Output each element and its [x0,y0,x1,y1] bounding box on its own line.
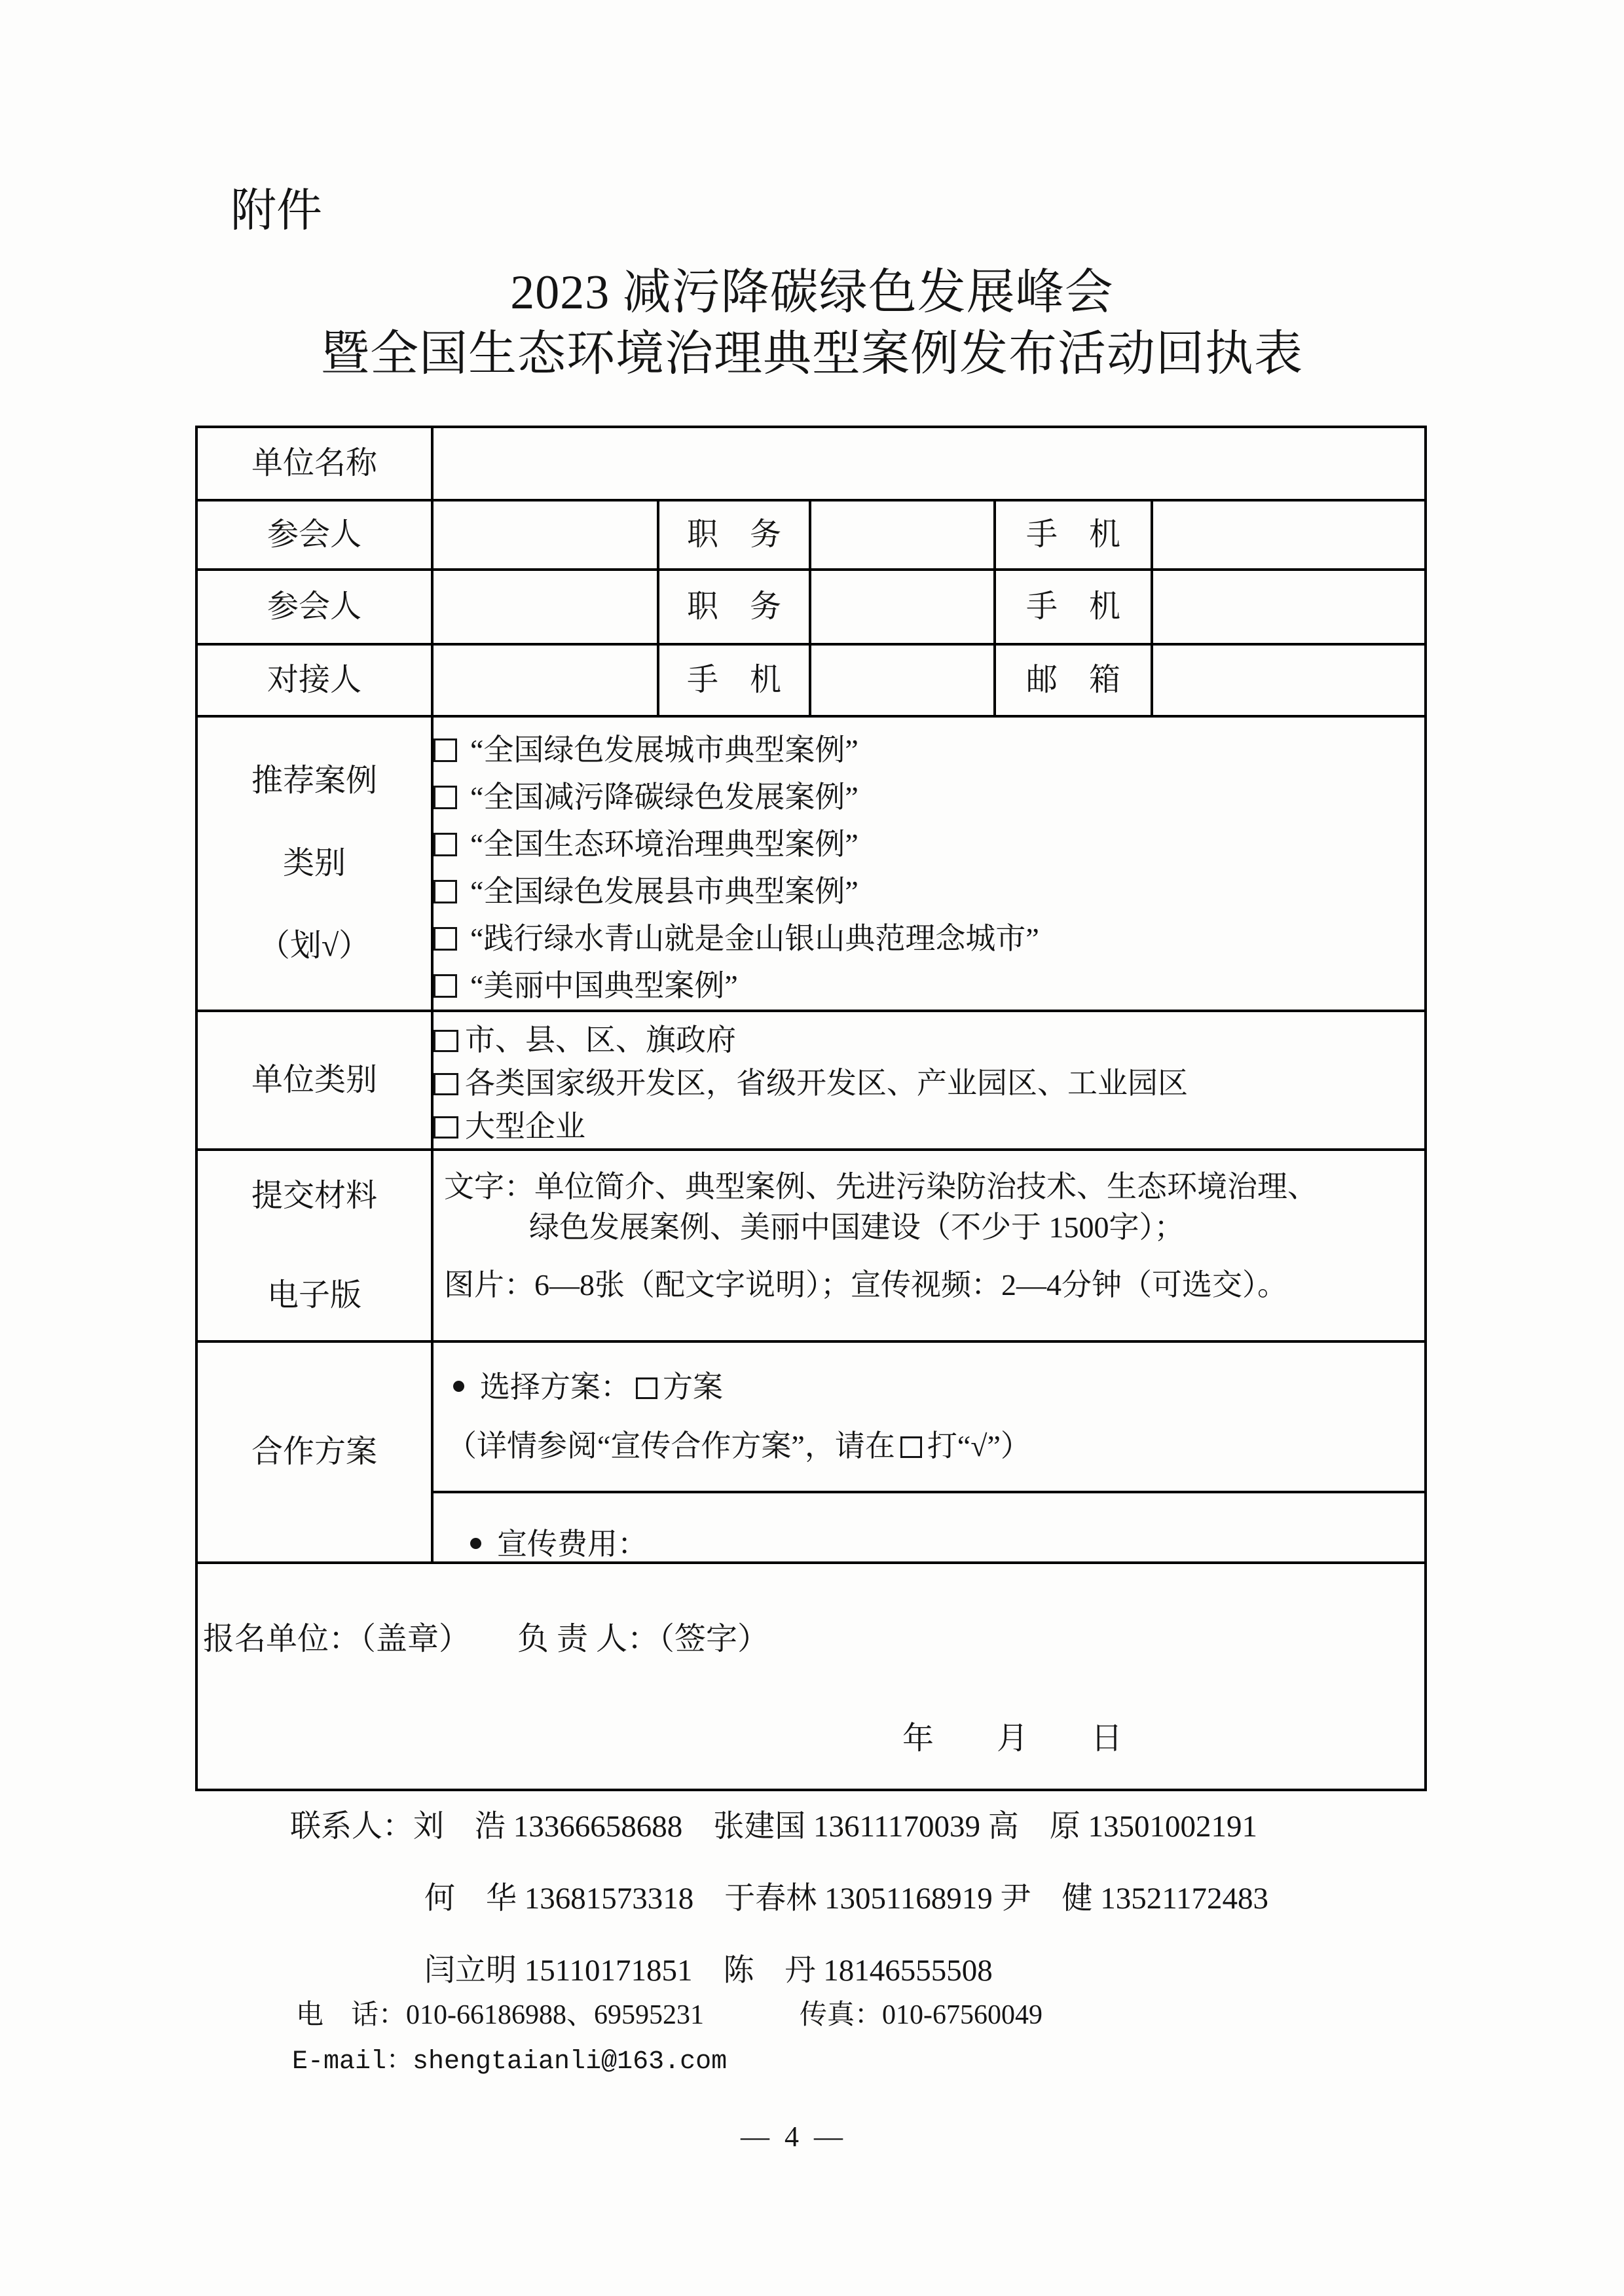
recommend-option: “全国减污降碳绿色发展案例” [434,774,1424,821]
attendee1-name-input[interactable] [432,500,658,570]
table-row: 对接人 手 机 邮 箱 [196,644,1426,716]
attendee2-mobile-label: 手 机 [995,570,1152,644]
liaison-email-input[interactable] [1152,644,1426,716]
fee-line: 宣传费用： [434,1527,1424,1561]
checkbox-icon[interactable] [434,1073,458,1095]
unit-category-option: 大型企业 [434,1105,1424,1148]
liaison-email-label: 邮 箱 [995,644,1152,716]
unit-category-option: 市、县、区、旗政府 [434,1019,1424,1062]
recommend-option: “全国绿色发展县市典型案例” [434,868,1424,915]
footer-contact-line3: 闫立明 15110171851 陈 丹 18146555508 [424,1946,993,1990]
table-row: 单位类别 市、县、区、旗政府 各类国家级开发区，省级开发区、产业园区、工业园区 … [196,1011,1426,1150]
recommend-option: “美丽中国典型案例” [434,962,1424,1010]
bullet-icon [470,1538,481,1549]
materials-text-line2: 绿色发展案例、美丽中国建设（不少于 1500字）； [434,1207,1424,1248]
unit-name-label: 单位名称 [196,427,432,500]
cooperation-fee-section: 宣传费用： [434,1527,1424,1561]
cooperation-plan-label: 合作方案 [196,1341,432,1563]
attendee1-mobile-label: 手 机 [995,500,1152,570]
attendee1-label: 参会人 [196,500,432,570]
recommend-options-cell: “全国绿色发展城市典型案例” “全国减污降碳绿色发展案例” “全国生态环境治理典… [432,716,1426,1011]
table-row: 参会人 职 务 手 机 [196,570,1426,644]
signature-cell: 报名单位：（盖章） 负 责 人：（签字） 年 月 日 [196,1563,1426,1790]
checkbox-icon[interactable] [900,1436,922,1458]
footer-contact-line2: 何 华 13681573318 于春林 13051168919 尹 健 1352… [424,1874,1268,1918]
unit-category-option: 各类国家级开发区，省级开发区、产业园区、工业园区 [434,1062,1424,1105]
signature-line: 报名单位：（盖章） 负 责 人：（签字） [198,1622,1424,1657]
footer-email-line: E-mail：shengtaianli@163.com [292,2039,727,2077]
table-row: 合作方案 选择方案：方案 （详情参阅“宣传合作方案”，请在打“√”） 宣传费用： [196,1341,1426,1563]
liaison-name-input[interactable] [432,644,658,716]
attendee2-position-label: 职 务 [658,570,810,644]
liaison-mobile-label: 手 机 [658,644,810,716]
recommend-option: “践行绿水青山就是金山银山典范理念城市” [434,915,1424,962]
materials-text-line1: 文字：单位简介、典型案例、先进污染防治技术、生态环境治理、 [434,1167,1424,1207]
checkbox-icon[interactable] [434,738,457,762]
table-row: 单位名称 [196,427,1426,500]
document-page: 附件 2023 减污降碳绿色发展峰会 暨全国生态环境治理典型案例发布活动回执表 … [0,0,1624,2296]
liaison-label: 对接人 [196,644,432,716]
checkbox-icon[interactable] [434,833,457,856]
attendee2-position-input[interactable] [810,570,995,644]
recommend-option: “全国生态环境治理典型案例” [434,821,1424,868]
phone-numbers: 电 话：010-66186988、69595231 [296,2000,704,2030]
bullet-icon [453,1381,464,1392]
table-row: 参会人 职 务 手 机 [196,500,1426,570]
page-number: — 4 — [0,2120,1606,2153]
checkbox-icon[interactable] [434,786,457,809]
materials-label: 提交材料 电子版 [196,1150,432,1341]
document-title-line2: 暨全国生态环境治理典型案例发布活动回执表 [0,330,1624,378]
cooperation-content-cell: 选择方案：方案 （详情参阅“宣传合作方案”，请在打“√”） 宣传费用： [432,1341,1426,1563]
checkbox-icon[interactable] [434,1116,458,1139]
liaison-mobile-input[interactable] [810,644,995,716]
attendee2-mobile-input[interactable] [1152,570,1426,644]
attendee2-name-input[interactable] [432,570,658,644]
document-title-line1: 2023 减污降碳绿色发展峰会 [0,268,1624,317]
unit-category-options-cell: 市、县、区、旗政府 各类国家级开发区，省级开发区、产业园区、工业园区 大型企业 [432,1011,1426,1150]
materials-text-line3: 图片：6—8张（配文字说明）；宣传视频：2—4分钟（可选交）。 [434,1265,1424,1305]
attendee1-position-input[interactable] [810,500,995,570]
recommend-option: “全国绿色发展城市典型案例” [434,727,1424,774]
cooperation-note-line: （详情参阅“宣传合作方案”，请在打“√”） [434,1429,1424,1463]
unit-category-label: 单位类别 [196,1011,432,1150]
attendee1-position-label: 职 务 [658,500,810,570]
attendee1-mobile-input[interactable] [1152,500,1426,570]
choose-plan-line: 选择方案：方案 [434,1370,1424,1404]
unit-name-input[interactable] [432,427,1426,500]
attendee2-label: 参会人 [196,570,432,644]
recommend-category-label: 推荐案例 类别 （划√） [196,716,432,1011]
checkbox-icon[interactable] [434,974,457,998]
table-row: 推荐案例 类别 （划√） “全国绿色发展城市典型案例” “全国减污降碳绿色发展案… [196,716,1426,1011]
attachment-label: 附件 [231,189,322,234]
checkbox-icon[interactable] [434,927,457,951]
footer-phone-line: 电 话：010-66186988、69595231传真：010-67560049 [296,1993,1043,2032]
checkbox-icon[interactable] [434,1030,458,1052]
date-line: 年 月 日 [198,1721,1424,1757]
registration-form-table: 单位名称 参会人 职 务 手 机 参会人 职 务 手 机 对接人 手 机 邮 箱 [195,426,1427,1791]
cooperation-choose-section: 选择方案：方案 （详情参阅“宣传合作方案”，请在打“√”） [434,1370,1424,1493]
materials-content-cell: 文字：单位简介、典型案例、先进污染防治技术、生态环境治理、 绿色发展案例、美丽中… [432,1150,1426,1341]
checkbox-icon[interactable] [434,880,457,903]
footer-contact-line1: 联系人：刘 浩 13366658688 张建国 13611170039 高 原 … [290,1802,1257,1846]
table-row: 提交材料 电子版 文字：单位简介、典型案例、先进污染防治技术、生态环境治理、 绿… [196,1150,1426,1341]
checkbox-icon[interactable] [636,1377,657,1399]
fax-number: 传真：010-67560049 [800,2000,1043,2030]
table-row: 报名单位：（盖章） 负 责 人：（签字） 年 月 日 [196,1563,1426,1790]
